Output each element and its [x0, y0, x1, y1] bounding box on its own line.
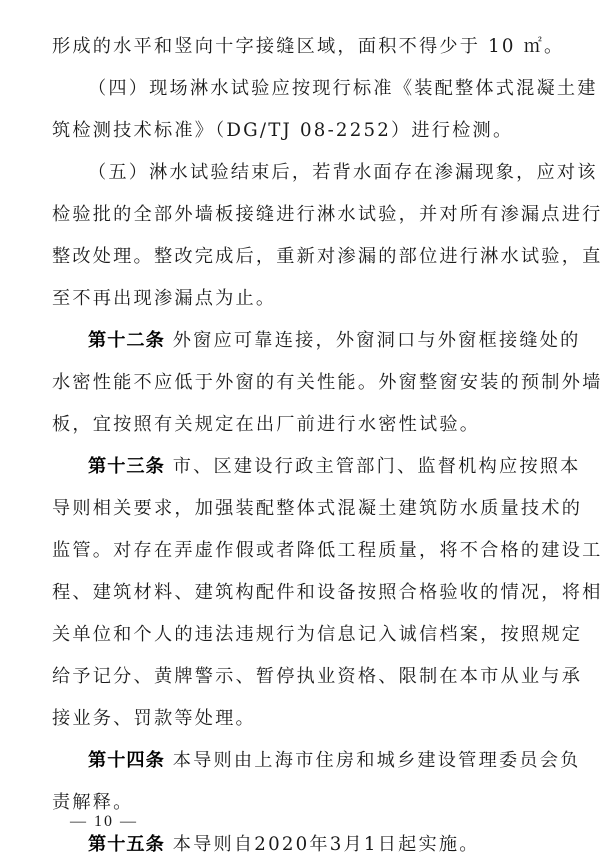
article-heading: 第十五条 [88, 834, 165, 852]
paragraph-line: 板，宜按照有关规定在出厂前进行水密性试验。 [52, 411, 557, 439]
paragraph-line: （四）现场淋水试验应按现行标准《装配整体式混凝土建 [88, 75, 557, 103]
paragraph-line: 筑检测技术标准》（DG/TJ 08-2252）进行检测。 [52, 117, 557, 145]
article-text: 外窗应可靠连接，外窗洞口与外窗框接缝处的 [173, 330, 581, 351]
article-13-line: 第十三条 市、区建设行政主管部门、监督机构应按照本 [88, 453, 557, 481]
paragraph-line: （五）淋水试验结束后，若背水面存在渗漏现象，应对该 [88, 159, 557, 187]
article-heading: 第十二条 [88, 330, 165, 351]
paragraph-line: 整改处理。整改完成后，重新对渗漏的部位进行淋水试验，直 [52, 243, 557, 271]
article-text: 市、区建设行政主管部门、监督机构应按照本 [173, 456, 581, 477]
paragraph-line: 水密性能不应低于外窗的有关性能。外窗整窗安装的预制外墙 [52, 369, 557, 397]
paragraph-line: 监管。对存在弄虚作假或者降低工程质量，将不合格的建设工 [52, 537, 557, 565]
paragraph-line: 检验批的全部外墙板接缝进行淋水试验，并对所有渗漏点进行 [52, 201, 557, 229]
paragraph-line: 至不再出现渗漏点为止。 [52, 285, 557, 313]
article-12-line: 第十二条 外窗应可靠连接，外窗洞口与外窗框接缝处的 [88, 327, 557, 355]
paragraph-line: 程、建筑材料、建筑构配件和设备按照合格验收的情况，将相 [52, 579, 557, 607]
article-heading: 第十三条 [88, 456, 165, 477]
paragraph-line: 给予记分、黄牌警示、暂停执业资格、限制在本市从业与承 [52, 663, 557, 691]
paragraph-line: 形成的水平和竖向十字接缝区域，面积不得少于 10 ㎡。 [52, 33, 557, 61]
article-text: 本导则自2020年3月1日起实施。 [173, 834, 480, 852]
paragraph-line: 关单位和个人的违法违规行为信息记入诚信档案，按照规定 [52, 621, 557, 649]
article-15-line: 第十五条 本导则自2020年3月1日起实施。 [88, 831, 557, 852]
article-heading: 第十四条 [88, 750, 165, 771]
paragraph-line: 接业务、罚款等处理。 [52, 705, 557, 733]
article-14-line: 第十四条 本导则由上海市住房和城乡建设管理委员会负 [88, 747, 557, 775]
page-number: — 10 — [70, 813, 138, 831]
article-text: 本导则由上海市住房和城乡建设管理委员会负 [173, 750, 581, 771]
paragraph-line: 导则相关要求，加强装配整体式混凝土建筑防水质量技术的 [52, 495, 557, 523]
